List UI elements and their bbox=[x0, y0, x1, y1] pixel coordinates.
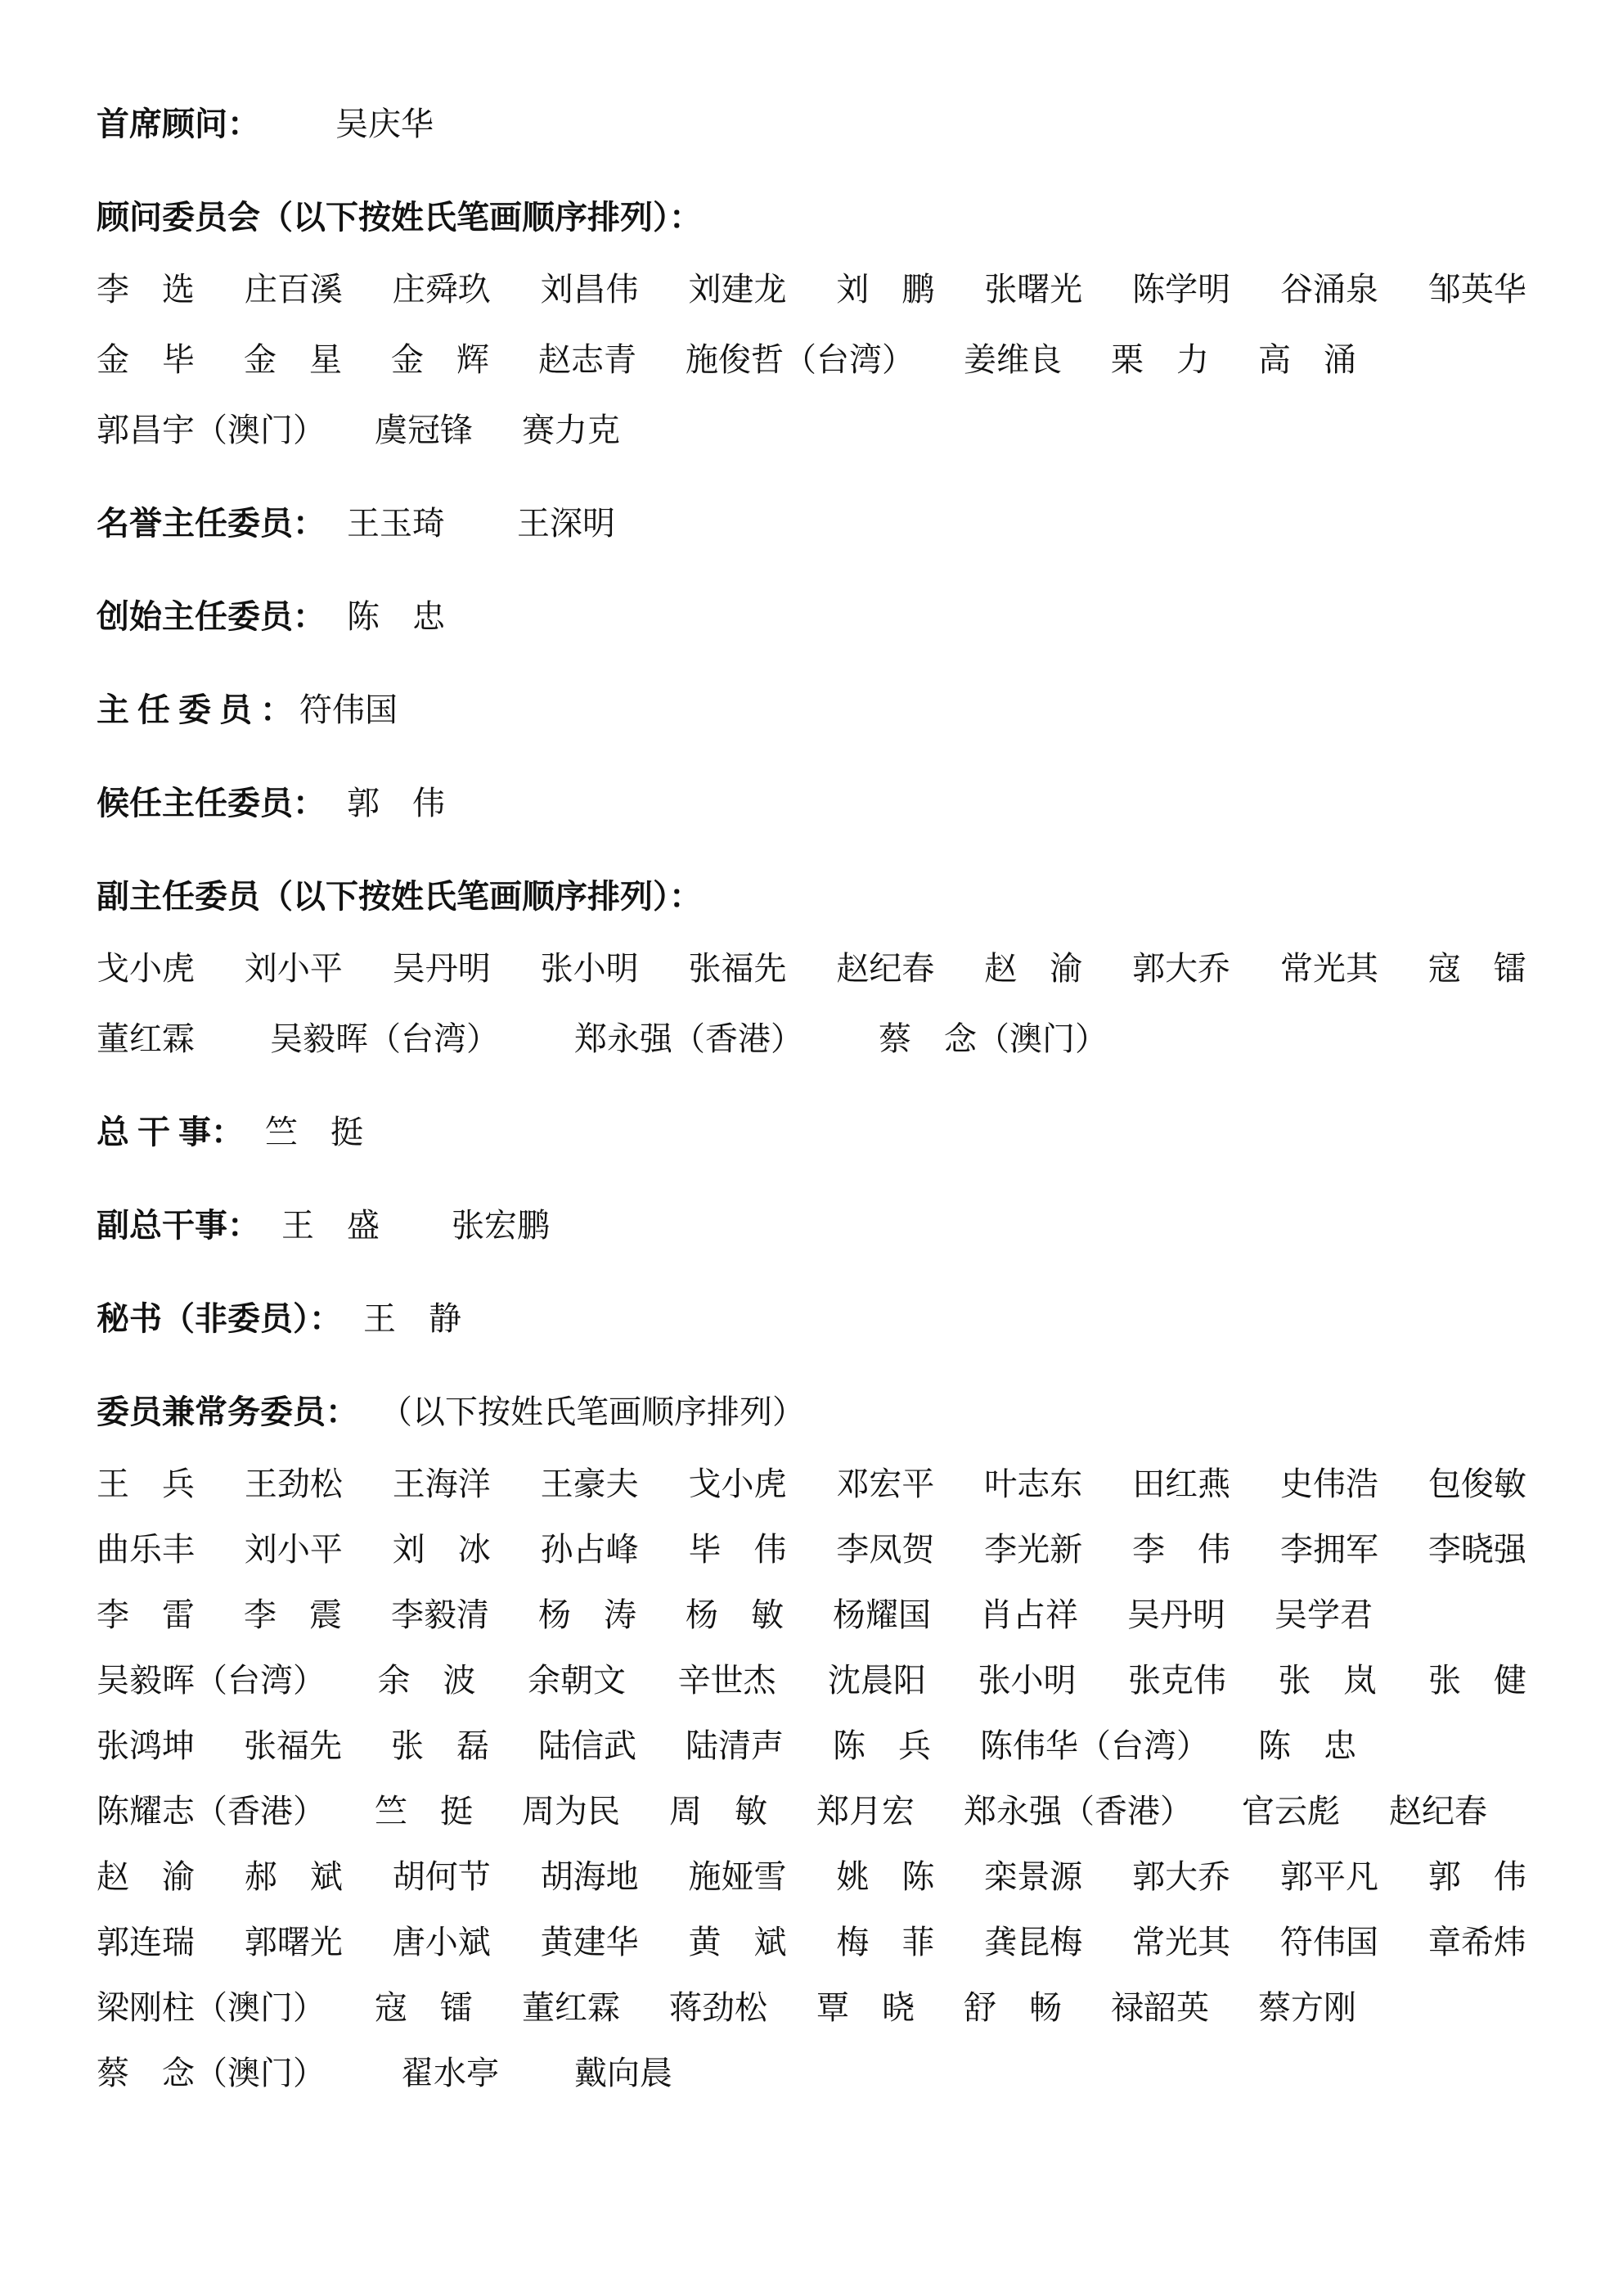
section-label: 秘书（非委员）： bbox=[97, 1299, 342, 1339]
vice-rows: 戈小虎 刘小平 吴丹明 张小明 张福先 赵纪春 赵 渝 郭大乔 常光其 寇 镭 … bbox=[97, 949, 1526, 1059]
member-row: 王 兵 王劲松 王海洋 王豪夫 戈小虎 邓宏平 叶志东 田红燕 史伟浩 包俊敏 bbox=[97, 1465, 1526, 1504]
member-name: 刘昌伟 bbox=[541, 270, 639, 309]
member-name: 张小明 bbox=[541, 949, 639, 988]
member-name: 高 涌 bbox=[1258, 340, 1356, 380]
member-name: 张福先 bbox=[689, 949, 787, 988]
member-name: 杨 涛 bbox=[538, 1596, 636, 1635]
member-name: 张 磊 bbox=[391, 1727, 489, 1766]
member-name: 王劲松 bbox=[245, 1465, 343, 1504]
document-page: 首席顾问： 吴庆华 顾问委员会（以下按姓氏笔画顺序排列）： 李 选 庄百溪 庄舜… bbox=[0, 0, 1623, 2296]
section-standing-committee: 委员兼常务委员： （以下按姓氏笔画顺序排列） 王 兵 王劲松 王海洋 王豪夫 戈… bbox=[97, 1393, 1526, 2093]
member-name: 余 波 bbox=[378, 1661, 476, 1700]
member-name: 张小明 bbox=[978, 1661, 1077, 1700]
section-label: 名誉主任委员： bbox=[97, 504, 326, 543]
member-name: 李 震 bbox=[244, 1596, 342, 1635]
member-name: 李 伟 bbox=[1132, 1530, 1230, 1569]
member-name: 张克伟 bbox=[1128, 1661, 1226, 1700]
member-name: 赵志青 bbox=[538, 340, 636, 380]
member-name: 符伟国 bbox=[1280, 1923, 1378, 1962]
member-name: 赵纪春 bbox=[1389, 1792, 1487, 1831]
member-name: 符伟国 bbox=[299, 691, 398, 730]
section-label: 主 任 委 员 ： bbox=[97, 691, 293, 730]
member-name: 陈 忠 bbox=[347, 597, 445, 637]
member-name: 李 雷 bbox=[97, 1596, 195, 1635]
member-name: 胡何节 bbox=[393, 1857, 491, 1897]
member-name: 郭连瑞 bbox=[97, 1923, 195, 1962]
member-name: 郭大乔 bbox=[1132, 1857, 1230, 1897]
member-name: 周 敏 bbox=[669, 1792, 767, 1831]
member-name: 陆清声 bbox=[686, 1727, 784, 1766]
member-name: 覃 晓 bbox=[816, 1988, 915, 2028]
member-name: 叶志东 bbox=[984, 1465, 1082, 1504]
member-name: 禄韶英 bbox=[1111, 1988, 1209, 2028]
member-name: 杨 敏 bbox=[686, 1596, 784, 1635]
member-name: 陈学明 bbox=[1132, 270, 1230, 309]
member-name: 刘小平 bbox=[245, 1530, 343, 1569]
section-secretary-general: 总 干 事： 竺 挺 bbox=[97, 1113, 1526, 1152]
member-name: 金 辉 bbox=[391, 340, 489, 380]
section-honorary-director: 名誉主任委员： 王玉琦 王深明 bbox=[97, 504, 1526, 543]
section-heading: 顾问委员会（以下按姓氏笔画顺序排列）： bbox=[97, 198, 702, 237]
member-name: 常光其 bbox=[1132, 1923, 1230, 1962]
member-name: 郭平凡 bbox=[1280, 1857, 1378, 1897]
member-name: 常光其 bbox=[1280, 949, 1378, 988]
member-name: 郝 斌 bbox=[245, 1857, 343, 1897]
member-name: 蔡 念（澳门） bbox=[97, 2054, 326, 2093]
member-name: 舒 畅 bbox=[964, 1988, 1062, 2028]
member-name: 包俊敏 bbox=[1428, 1465, 1526, 1504]
member-name: 李凤贺 bbox=[836, 1530, 934, 1569]
member-name: 郑永强（香港） bbox=[964, 1792, 1193, 1831]
section-chief-advisor: 首席顾问： 吴庆华 bbox=[97, 105, 1526, 144]
member-name: 刘小平 bbox=[245, 949, 343, 988]
section-incoming-director: 候任主任委员： 郭 伟 bbox=[97, 784, 1526, 823]
member-name: 陈伟华（台湾） bbox=[980, 1727, 1209, 1766]
member-name: 郑月宏 bbox=[816, 1792, 915, 1831]
member-name: 赵纪春 bbox=[836, 949, 934, 988]
member-name: 栾景源 bbox=[984, 1857, 1082, 1897]
section-secretary: 秘书（非委员）： 王 静 bbox=[97, 1299, 1526, 1339]
member-name: 王深明 bbox=[517, 504, 615, 543]
section-label: 委员兼常务委员： bbox=[97, 1393, 358, 1432]
member-name: 金 星 bbox=[244, 340, 342, 380]
section-advisory-committee: 顾问委员会（以下按姓氏笔画顺序排列）： 李 选 庄百溪 庄舜玖 刘昌伟 刘建龙 … bbox=[97, 198, 1526, 450]
member-name: 吴毅晖（台湾） bbox=[97, 1661, 326, 1700]
advisory-rows: 李 选 庄百溪 庄舜玖 刘昌伟 刘建龙 刘 鹏 张曙光 陈学明 谷涌泉 邹英华 … bbox=[97, 270, 1526, 450]
section-vice-directors: 副主任委员（以下按姓氏笔画顺序排列）： 戈小虎 刘小平 吴丹明 张小明 张福先 … bbox=[97, 877, 1526, 1059]
member-row: 蔡 念（澳门） 翟水亭 戴向晨 bbox=[97, 2054, 1526, 2093]
member-name: 史伟浩 bbox=[1280, 1465, 1378, 1504]
member-name: 戴向晨 bbox=[574, 2054, 672, 2093]
section-label: 总 干 事： bbox=[97, 1113, 244, 1152]
member-name: 郭 伟 bbox=[347, 784, 445, 823]
member-name: 黄建华 bbox=[541, 1923, 639, 1962]
member-name: 沈晨阳 bbox=[828, 1661, 926, 1700]
member-name: 肖占祥 bbox=[980, 1596, 1078, 1635]
member-row: 赵 渝 郝 斌 胡何节 胡海地 施娅雪 姚 陈 栾景源 郭大乔 郭平凡 郭 伟 bbox=[97, 1857, 1526, 1897]
member-name: 陆信武 bbox=[538, 1727, 636, 1766]
member-name: 陈 忠 bbox=[1258, 1727, 1356, 1766]
member-name: 施娅雪 bbox=[689, 1857, 787, 1897]
section-label: 创始主任委员： bbox=[97, 597, 326, 637]
member-name: 吴丹明 bbox=[393, 949, 491, 988]
section-label: 副总干事： bbox=[97, 1206, 260, 1245]
member-name: 余朝文 bbox=[528, 1661, 626, 1700]
member-row: 曲乐丰 刘小平 刘 冰 孙占峰 毕 伟 李凤贺 李光新 李 伟 李拥军 李晓强 bbox=[97, 1530, 1526, 1569]
member-name: 蔡 念（澳门） bbox=[879, 1020, 1108, 1059]
member-name: 梁刚柱（澳门） bbox=[97, 1988, 326, 2028]
section-director: 主 任 委 员 ： 符伟国 bbox=[97, 691, 1526, 730]
standing-rows: 王 兵 王劲松 王海洋 王豪夫 戈小虎 邓宏平 叶志东 田红燕 史伟浩 包俊敏 … bbox=[97, 1465, 1526, 2093]
member-name: 胡海地 bbox=[541, 1857, 639, 1897]
member-row: 梁刚柱（澳门） 寇 镭 董红霖 蒋劲松 覃 晓 舒 畅 禄韶英 蔡方刚 bbox=[97, 1988, 1526, 2028]
member-name: 赵 渝 bbox=[984, 949, 1082, 988]
member-name: 张曙光 bbox=[984, 270, 1082, 309]
member-name: 吴毅晖（台湾） bbox=[270, 1020, 499, 1059]
member-name: 王 盛 bbox=[281, 1206, 380, 1245]
section-label: 首席顾问： bbox=[97, 105, 260, 144]
member-name: 邹英华 bbox=[1428, 270, 1526, 309]
member-name: 郑永强（香港） bbox=[574, 1020, 803, 1059]
member-row: 李 选 庄百溪 庄舜玖 刘昌伟 刘建龙 刘 鹏 张曙光 陈学明 谷涌泉 邹英华 bbox=[97, 270, 1526, 309]
member-name: 王玉琦 bbox=[347, 504, 445, 543]
member-name: 李光新 bbox=[984, 1530, 1082, 1569]
member-name: 杨耀国 bbox=[833, 1596, 931, 1635]
member-name: 曲乐丰 bbox=[97, 1530, 195, 1569]
member-name: 刘建龙 bbox=[689, 270, 787, 309]
member-name: 王豪夫 bbox=[541, 1465, 639, 1504]
member-name: 周为民 bbox=[522, 1792, 620, 1831]
member-name: 金 毕 bbox=[97, 340, 195, 380]
member-row: 郭昌宇（澳门） 虞冠锋 赛力克 bbox=[97, 411, 1526, 450]
member-name: 栗 力 bbox=[1111, 340, 1209, 380]
member-name: 戈小虎 bbox=[689, 1465, 787, 1504]
member-name: 官云彪 bbox=[1242, 1792, 1340, 1831]
member-name: 竺 挺 bbox=[375, 1792, 473, 1831]
member-row: 李 雷 李 震 李毅清 杨 涛 杨 敏 杨耀国 肖占祥 吴丹明 吴学君 bbox=[97, 1596, 1526, 1635]
member-row: 金 毕 金 星 金 辉 赵志青 施俊哲（台湾） 姜维良 栗 力 高 涌 bbox=[97, 340, 1526, 380]
member-name: 唐小斌 bbox=[393, 1923, 491, 1962]
member-name: 邓宏平 bbox=[836, 1465, 934, 1504]
member-name: 郭曙光 bbox=[245, 1923, 343, 1962]
member-name: 毕 伟 bbox=[689, 1530, 787, 1569]
member-name: 赛力克 bbox=[522, 411, 620, 450]
member-name: 张福先 bbox=[244, 1727, 342, 1766]
member-name: 章希炜 bbox=[1428, 1923, 1526, 1962]
member-name: 李晓强 bbox=[1428, 1530, 1526, 1569]
member-row: 吴毅晖（台湾） 余 波 余朝文 辛世杰 沈晨阳 张小明 张克伟 张 岚 张 健 bbox=[97, 1661, 1526, 1700]
member-name: 刘 鹏 bbox=[836, 270, 934, 309]
member-name: 施俊哲（台湾） bbox=[686, 340, 915, 380]
member-name: 吴庆华 bbox=[335, 105, 434, 144]
member-name: 竺 挺 bbox=[265, 1113, 363, 1152]
member-name: 田红燕 bbox=[1132, 1465, 1230, 1504]
member-name: 张宏鹏 bbox=[452, 1206, 550, 1245]
member-name: 李 选 bbox=[97, 270, 195, 309]
member-name: 姜维良 bbox=[964, 340, 1062, 380]
member-name: 虞冠锋 bbox=[375, 411, 473, 450]
member-name: 郭 伟 bbox=[1428, 1857, 1526, 1897]
member-name: 张 健 bbox=[1428, 1661, 1526, 1700]
member-name: 蔡方刚 bbox=[1258, 1988, 1356, 2028]
member-name: 陈 兵 bbox=[833, 1727, 931, 1766]
member-row: 张鸿坤 张福先 张 磊 陆信武 陆清声 陈 兵 陈伟华（台湾） 陈 忠 bbox=[97, 1727, 1526, 1766]
member-name: 孙占峰 bbox=[541, 1530, 639, 1569]
member-name: 董红霖 bbox=[97, 1020, 195, 1059]
section-heading: 副主任委员（以下按姓氏笔画顺序排列）： bbox=[97, 877, 702, 916]
member-name: 陈耀志（香港） bbox=[97, 1792, 326, 1831]
member-name: 郭昌宇（澳门） bbox=[97, 411, 326, 450]
member-name: 刘 冰 bbox=[393, 1530, 491, 1569]
member-name: 郭大乔 bbox=[1132, 949, 1230, 988]
member-name: 庄舜玖 bbox=[393, 270, 491, 309]
member-name: 赵 渝 bbox=[97, 1857, 195, 1897]
member-row: 董红霖 吴毅晖（台湾） 郑永强（香港） 蔡 念（澳门） bbox=[97, 1020, 1526, 1059]
member-name: 张鸿坤 bbox=[97, 1727, 195, 1766]
member-name: 寇 镭 bbox=[375, 1988, 473, 2028]
section-note: （以下按姓氏笔画顺序排列） bbox=[380, 1393, 805, 1432]
member-name: 戈小虎 bbox=[97, 949, 195, 988]
member-name: 董红霖 bbox=[522, 1988, 620, 2028]
member-name: 黄 斌 bbox=[689, 1923, 787, 1962]
member-name: 蒋劲松 bbox=[669, 1988, 767, 2028]
section-founding-director: 创始主任委员： 陈 忠 bbox=[97, 597, 1526, 637]
member-name: 李毅清 bbox=[391, 1596, 489, 1635]
member-name: 梅 菲 bbox=[836, 1923, 934, 1962]
member-name: 王 静 bbox=[363, 1299, 461, 1339]
section-label: 候任主任委员： bbox=[97, 784, 326, 823]
section-deputy-secretary-general: 副总干事： 王 盛 张宏鹏 bbox=[97, 1206, 1526, 1245]
member-name: 姚 陈 bbox=[836, 1857, 934, 1897]
member-name: 辛世杰 bbox=[678, 1661, 776, 1700]
member-name: 王海洋 bbox=[393, 1465, 491, 1504]
member-name: 张 岚 bbox=[1279, 1661, 1377, 1700]
member-name: 翟水亭 bbox=[401, 2054, 499, 2093]
member-name: 寇 镭 bbox=[1428, 949, 1526, 988]
member-row: 陈耀志（香港） 竺 挺 周为民 周 敏 郑月宏 郑永强（香港） 官云彪 赵纪春 bbox=[97, 1792, 1526, 1831]
member-name: 李拥军 bbox=[1280, 1530, 1378, 1569]
member-name: 王 兵 bbox=[97, 1465, 195, 1504]
member-row: 郭连瑞 郭曙光 唐小斌 黄建华 黄 斌 梅 菲 龚昆梅 常光其 符伟国 章希炜 bbox=[97, 1923, 1526, 1962]
member-name: 龚昆梅 bbox=[984, 1923, 1082, 1962]
member-name: 吴丹明 bbox=[1127, 1596, 1225, 1635]
member-row: 戈小虎 刘小平 吴丹明 张小明 张福先 赵纪春 赵 渝 郭大乔 常光其 寇 镭 bbox=[97, 949, 1526, 988]
member-name: 谷涌泉 bbox=[1280, 270, 1378, 309]
member-name: 庄百溪 bbox=[245, 270, 343, 309]
member-name: 吴学君 bbox=[1275, 1596, 1373, 1635]
